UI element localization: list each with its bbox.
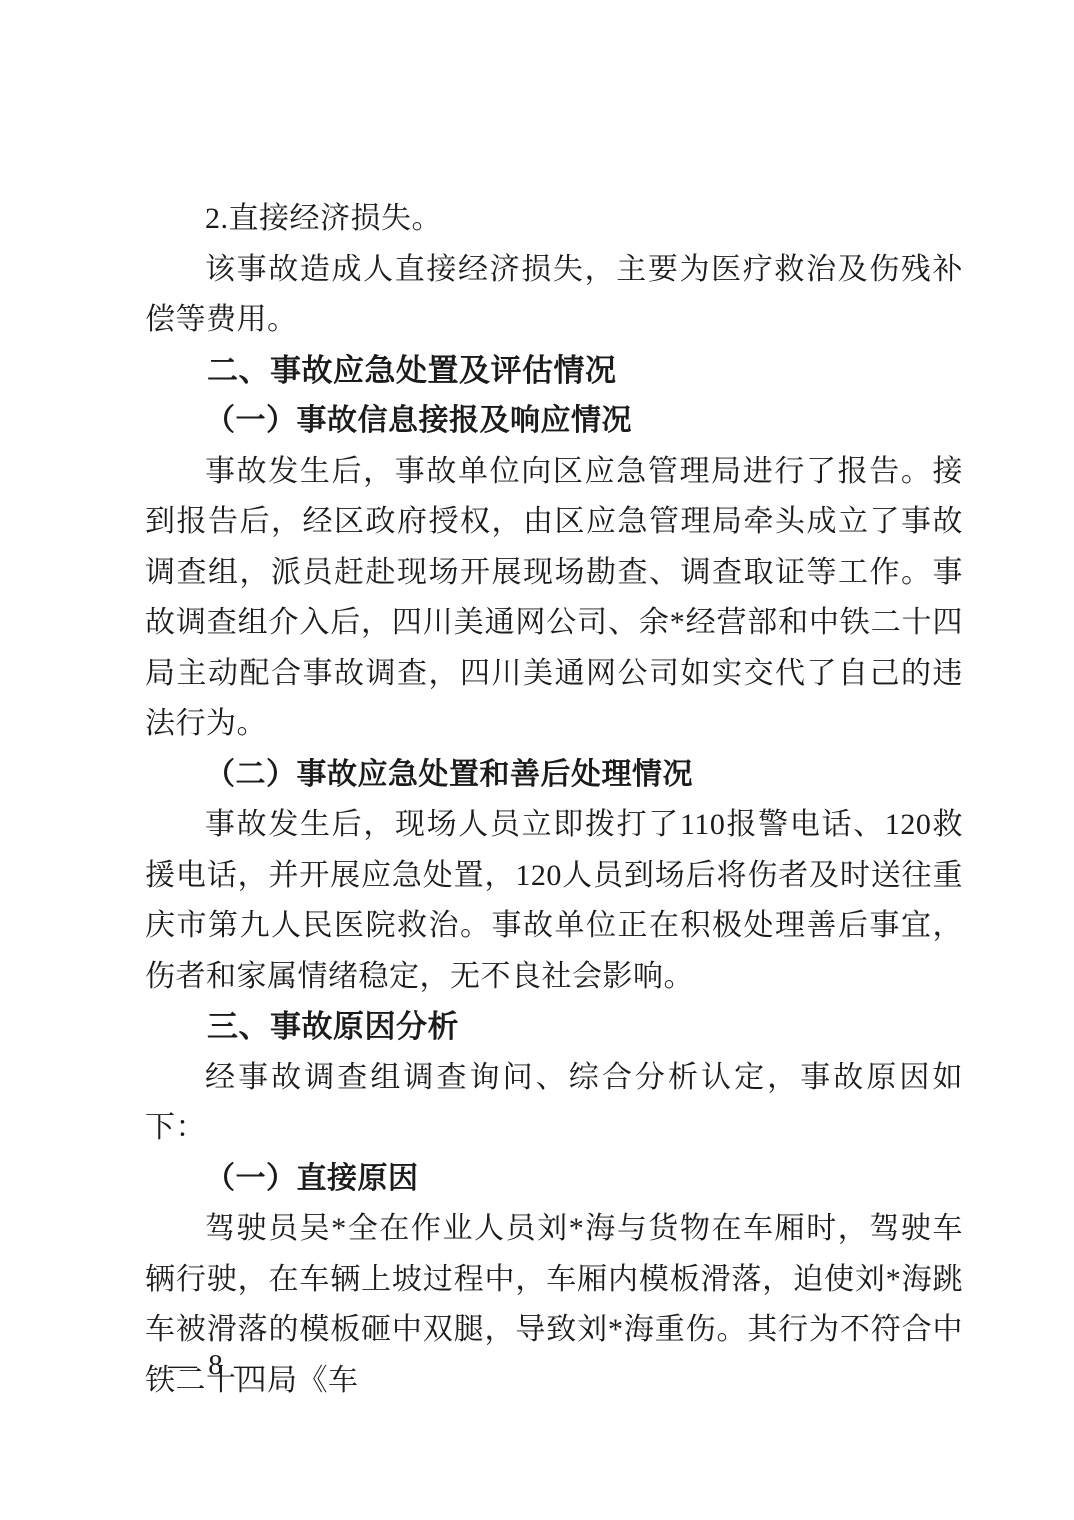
paragraph: 事故发生后，现场人员立即拨打了110报警电话、120救援电话，并开展应急处置，1… [145, 800, 963, 1002]
document-page: 2.直接经济损失。 该事故造成人直接经济损失，主要为医疗救治及伤残补偿等费用。 … [0, 0, 1074, 1520]
subsection-heading: （一）直接原因 [145, 1154, 963, 1205]
section-heading: 三、事故原因分析 [145, 1002, 963, 1053]
section-heading: 二、事故应急处置及评估情况 [145, 346, 963, 397]
page-number: — 8 — [168, 1345, 265, 1385]
paragraph: 经事故调查组调查询问、综合分析认定，事故原因如下： [145, 1053, 963, 1154]
paragraph: 2.直接经济损失。 [145, 194, 963, 245]
paragraph: 事故发生后，事故单位向区应急管理局进行了报告。接到报告后，经区政府授权，由区应急… [145, 447, 963, 750]
subsection-heading: （一）事故信息接报及响应情况 [145, 396, 963, 447]
paragraph: 驾驶员吴*全在作业人员刘*海与货物在车厢时，驾驶车辆行驶，在车辆上坡过程中，车厢… [145, 1204, 963, 1406]
document-body: 2.直接经济损失。 该事故造成人直接经济损失，主要为医疗救治及伤残补偿等费用。 … [145, 194, 963, 1406]
subsection-heading: （二）事故应急处置和善后处理情况 [145, 750, 963, 801]
paragraph: 该事故造成人直接经济损失，主要为医疗救治及伤残补偿等费用。 [145, 245, 963, 346]
